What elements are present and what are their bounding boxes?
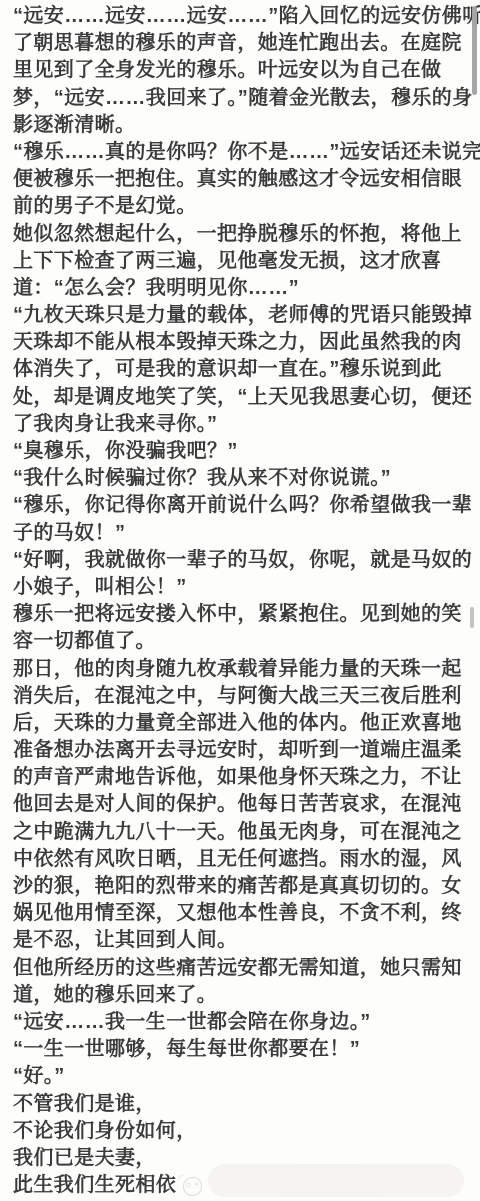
text-line: 准备想办法离开去寻远安时，却听到一道端庄温柔 xyxy=(13,737,463,764)
text-line: “远安……我一生一世都会陪在你身边。” xyxy=(13,1009,463,1036)
text-line: 的声音严肃地告诉他，如果他身怀天珠之力，不让 xyxy=(13,764,463,791)
watermark-area xyxy=(180,1160,470,1200)
text-line: 小娘子，叫相公！” xyxy=(13,574,463,601)
text-line: 是不忍，让其回到人间。 xyxy=(13,927,463,954)
text-line: 了我肉身让我来寻你。” xyxy=(13,411,463,438)
text-line: 里见到了全身发光的穆乐。叶远安以为自己在做 xyxy=(13,57,463,84)
text-line: “穆乐，你记得你离开前说什么吗？你希望做我一辈 xyxy=(13,492,463,519)
text-line: 天珠却不能从根本毁掉天珠之力，因此虽然我的肉 xyxy=(13,329,463,356)
text-line: 上下下检查了两三遍，见他毫发无损，这才欣喜 xyxy=(13,248,463,275)
story-text: “远安……远安……远安……”陷入回忆的远安仿佛听到了朝思暮想的穆乐的声音，她连忙… xyxy=(13,3,463,1199)
text-line: “好。” xyxy=(13,1063,463,1090)
text-line: 娲见他用情至深，又想他本性善良，不贪不利，终 xyxy=(13,900,463,927)
text-line: 影逐渐清晰。 xyxy=(13,112,463,139)
text-line: 消失后，在混沌之中，与阿衡大战三天三夜后胜利 xyxy=(13,683,463,710)
text-line: “九枚天珠只是力量的载体，老师傅的咒语只能毁掉 xyxy=(13,302,463,329)
text-line: 了朝思暮想的穆乐的声音，她连忙跑出去。在庭院 xyxy=(13,30,463,57)
text-line: “好啊，我就做你一辈子的马奴，你呢，就是马奴的 xyxy=(13,547,463,574)
text-line: “一生一世哪够，每生每世你都要在！” xyxy=(13,1036,463,1063)
text-line: 处，却是调皮地笑了笑，“上天见我思妻心切，便还 xyxy=(13,384,463,411)
text-line: 他回去是对人间的保护。他每日苦苦哀求，在混沌 xyxy=(13,791,463,818)
text-line: 她似忽然想起什么，一把挣脱穆乐的怀抱，将他上 xyxy=(13,221,463,248)
text-line: 容一切都值了。 xyxy=(13,628,463,655)
text-line: 梦，“远安……我回来了。”随着金光散去，穆乐的身 xyxy=(13,85,463,112)
scrollbar-thumb[interactable] xyxy=(472,6,477,95)
text-line: 之中跪满九九八十一天。他虽无肉身，可在混沌之 xyxy=(13,819,463,846)
text-line: 道：“怎么会？我明明见你……” xyxy=(13,275,463,302)
text-line: 子的马奴！” xyxy=(13,520,463,547)
scrollbar-thumb-faint[interactable] xyxy=(470,607,474,628)
text-line: 那日，他的肉身随九枚承载着异能力量的天珠一起 xyxy=(13,656,463,683)
text-line: 便被穆乐一把抱住。真实的触感这才令远安相信眼 xyxy=(13,166,463,193)
text-line: 体消失了，可是我的意识却一直在。”穆乐说到此 xyxy=(13,356,463,383)
emoticon-doodle-icon xyxy=(182,1176,203,1197)
text-line: 不管我们是谁， xyxy=(13,1091,463,1118)
text-line: “我什么时候骗过你？我从来不对你说谎。” xyxy=(13,465,463,492)
text-line: 但他所经历的这些痛苦远安都无需知道，她只需知 xyxy=(13,955,463,982)
text-line: “臭穆乐，你没骗我吧？” xyxy=(13,438,463,465)
text-line: “穆乐……真的是你吗？你不是……”远安话还未说完， xyxy=(13,139,463,166)
watermark-smudge xyxy=(208,1164,464,1197)
text-line: 道，她的穆乐回来了。 xyxy=(13,982,463,1009)
text-line: 后，天珠的力量竟全部进入他的体内。他正欢喜地 xyxy=(13,710,463,737)
text-line: “远安……远安……远安……”陷入回忆的远安仿佛听到 xyxy=(13,3,463,30)
reader-page: “远安……远安……远安……”陷入回忆的远安仿佛听到了朝思暮想的穆乐的声音，她连忙… xyxy=(0,0,480,1201)
text-line: 前的男子不是幻觉。 xyxy=(13,193,463,220)
text-line: 中依然有风吹日晒，且无任何遮挡。雨水的湿，风 xyxy=(13,846,463,873)
text-line: 穆乐一把将远安搂入怀中，紧紧抱住。见到她的笑 xyxy=(13,601,463,628)
text-line: 沙的狠，艳阳的烈带来的痛苦都是真真切切的。女 xyxy=(13,873,463,900)
text-line: 不论我们身份如何， xyxy=(13,1118,463,1145)
